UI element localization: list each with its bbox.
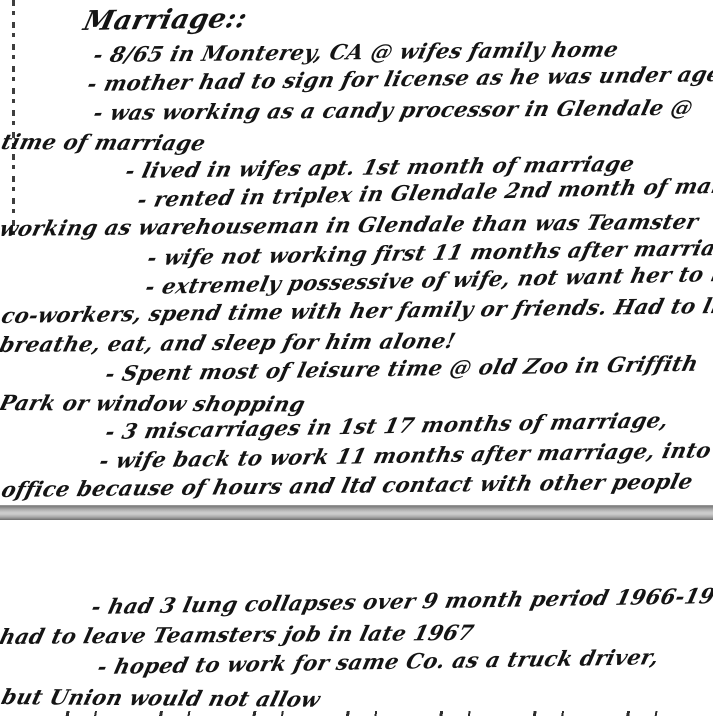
scanned-page-1: Marriage:: - 8/65 in Monterey, CA @ wife… <box>0 0 713 505</box>
document-viewer: Marriage:: - 8/65 in Monterey, CA @ wife… <box>0 0 713 716</box>
handwritten-line: co-workers, spend time with her family o… <box>2 301 713 330</box>
handwritten-line: but Union would not allow <box>2 682 713 712</box>
scanned-page-2: - had 3 lung collapses over 9 month peri… <box>0 520 713 716</box>
handwritten-line: office because of hours and ltd contact … <box>2 475 713 504</box>
handwritten-line: - Spent most of leisure time @ old Zoo i… <box>106 359 713 388</box>
handwritten-line: - hoped to work for same Co. as a truck … <box>98 652 713 682</box>
page-1-text: Marriage:: - 8/65 in Monterey, CA @ wife… <box>0 0 713 504</box>
page-separator <box>0 505 713 520</box>
page-2-text: - had 3 lung collapses over 9 month peri… <box>0 520 713 712</box>
handwritten-line: - was working as a candy processor in Gl… <box>94 98 713 127</box>
cutoff-line-stroke-tops <box>30 711 705 716</box>
heading-text: Marriage:: <box>80 1 251 40</box>
